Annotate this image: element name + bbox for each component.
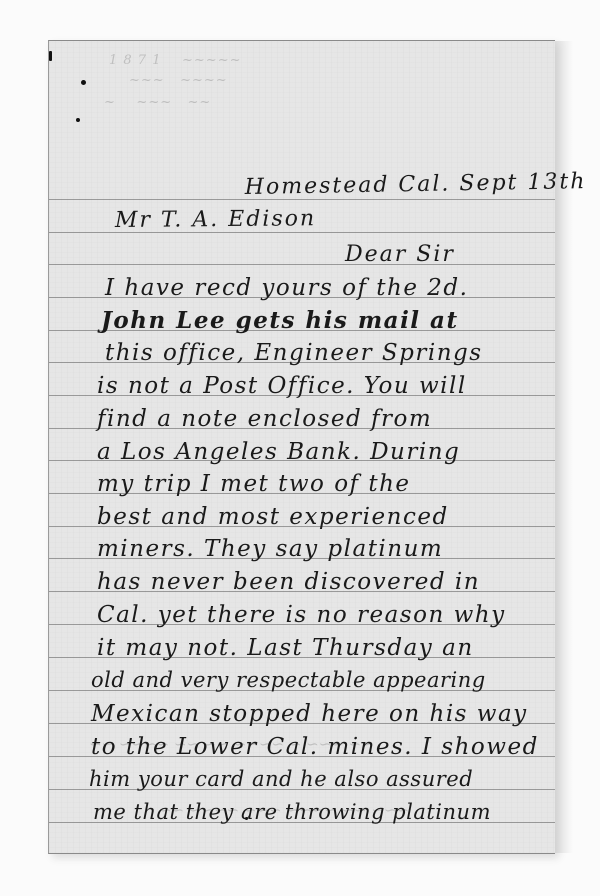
body-line: is not a Post Office. You will <box>97 375 467 398</box>
body-line: a Los Angeles Bank. During <box>97 441 460 464</box>
body-line: best and most experienced <box>97 506 449 529</box>
body-line: Cal. yet there is no reason why <box>97 604 506 627</box>
rule-line <box>49 199 555 200</box>
ink-dot <box>81 80 86 85</box>
body-line: him your card and he also assured <box>89 769 473 790</box>
body-line: Mexican stopped here on his way <box>91 703 528 726</box>
body-line: to the Lower Cal. mines. I showed <box>91 736 539 759</box>
body-line: this office, Engineer Springs <box>105 342 483 365</box>
place-date-line: Homestead Cal. Sept 13th <box>245 171 587 199</box>
addressee-line: Mr T. A. Edison <box>115 208 316 232</box>
body-line: find a note enclosed from <box>97 408 432 431</box>
page-edge-shadow <box>555 41 573 853</box>
faded-pencil-note: ~ ~~~ ~~ <box>104 95 211 110</box>
body-line: has never been discovered in <box>97 571 480 594</box>
body-line: me that they are throwing platinum <box>93 802 491 823</box>
body-line: old and very respectable appearing <box>91 670 486 691</box>
faded-pencil-note: 1 8 7 1 ~~~~~ <box>109 53 241 68</box>
body-line: miners. They say platinum <box>97 538 443 561</box>
letter-page: 1 8 7 1 ~~~~~ ~~~ ~~~~ ~ ~~~ ~~ ~~ ~~~ ~… <box>48 40 555 854</box>
ink-dot <box>76 118 80 122</box>
rule-line <box>49 264 555 265</box>
body-line: I have recd yours of the 2d. <box>105 277 468 300</box>
body-line: it may not. Last Thursday an <box>97 637 474 660</box>
salutation-line: Dear Sir <box>345 244 455 266</box>
ink-dot <box>49 51 52 61</box>
body-line: John Lee gets his mail at <box>101 309 459 332</box>
faded-pencil-note: ~~~ ~~~~ <box>129 73 228 88</box>
body-line: my trip I met two of the <box>97 473 411 496</box>
